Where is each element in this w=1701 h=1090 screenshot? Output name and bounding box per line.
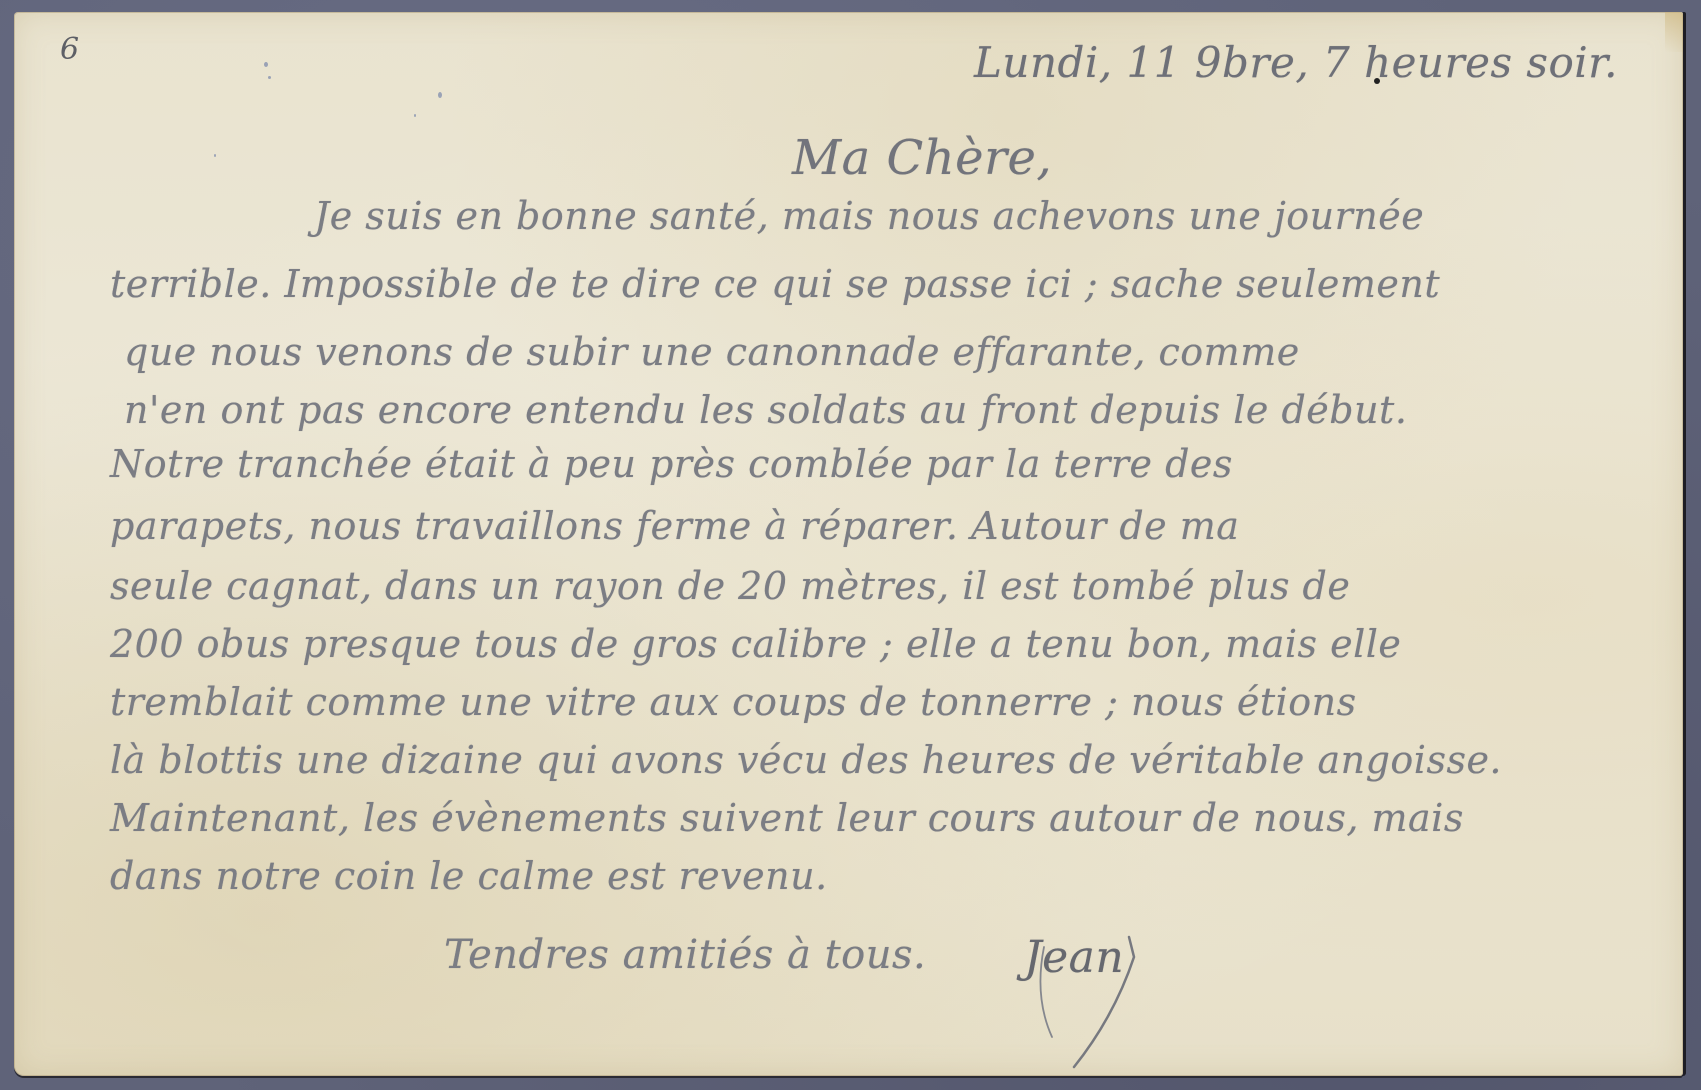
body-line: Maintenant, les évènements suivent leur … — [110, 796, 1464, 840]
salutation: Ma Chère, — [792, 130, 1052, 186]
body-line: là blottis une dizaine qui avons vécu de… — [110, 738, 1502, 782]
signature-flourish-icon — [1034, 927, 1154, 1077]
body-line: parapets, nous travaillons ferme à répar… — [110, 504, 1239, 548]
ink-speck — [264, 62, 268, 67]
closing-line: Tendres amitiés à tous. — [444, 932, 926, 978]
body-line: 200 obus presque tous de gros calibre ; … — [110, 622, 1401, 666]
date-line: Lundi, 11 9bre, 7 heures soir. — [974, 38, 1618, 87]
ink-speck — [438, 92, 442, 98]
page-number: 6 — [60, 32, 79, 67]
body-line: Je suis en bonne santé, mais nous achevo… — [314, 194, 1424, 238]
body-line: tremblait comme une vitre aux coups de t… — [110, 680, 1357, 724]
ink-speck — [268, 76, 271, 79]
postcard: 6 Lundi, 11 9bre, 7 heures soir. Ma Chèr… — [14, 12, 1683, 1076]
body-line: que nous venons de subir une canonnade e… — [124, 330, 1300, 374]
ink-speck — [414, 114, 416, 117]
body-line: Notre tranchée était à peu près comblée … — [110, 442, 1233, 486]
body-line: terrible. Impossible de te dire ce qui s… — [110, 262, 1440, 306]
body-line: dans notre coin le calme est revenu. — [110, 854, 828, 898]
body-line: n'en ont pas encore entendu les soldats … — [124, 388, 1407, 432]
ink-speck — [214, 154, 216, 157]
body-line: seule cagnat, dans un rayon de 20 mètres… — [110, 564, 1350, 608]
